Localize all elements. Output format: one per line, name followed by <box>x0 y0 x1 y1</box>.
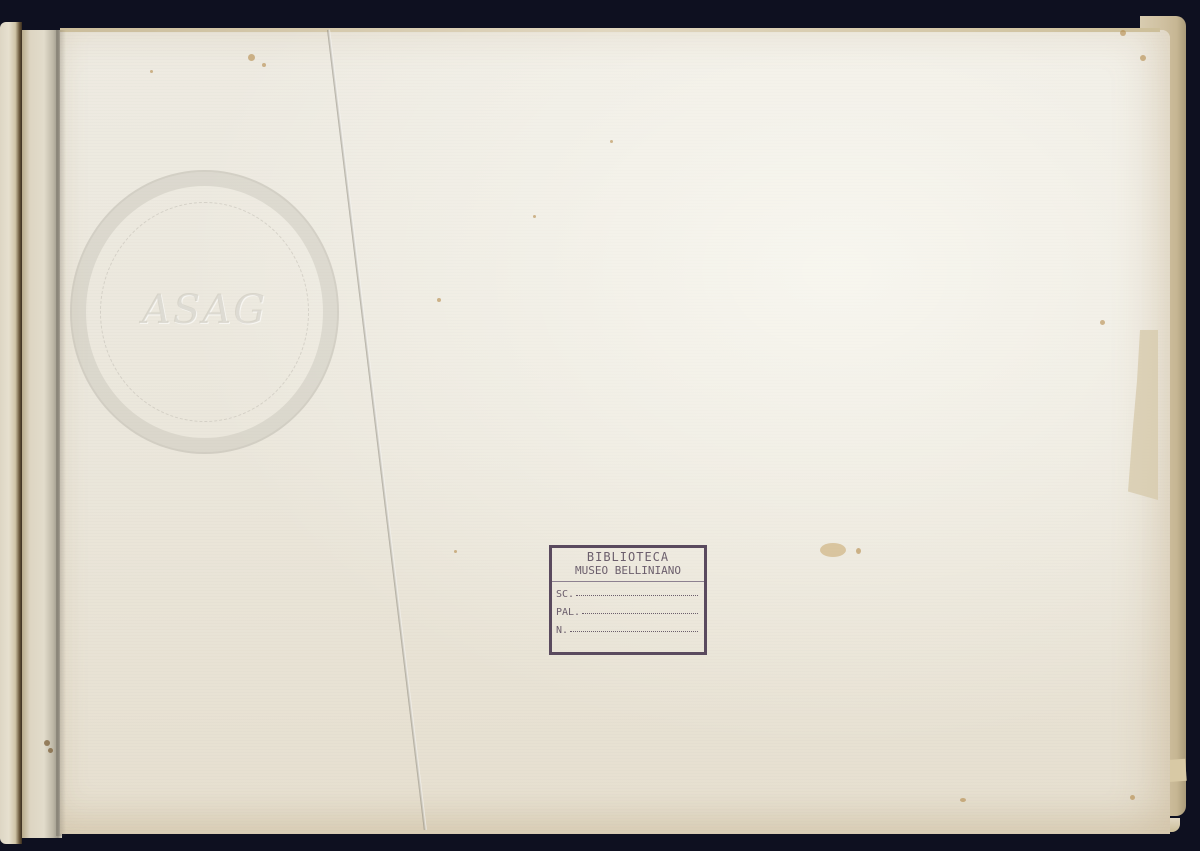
previous-leaf-edge <box>0 22 22 844</box>
blind-seal: ASAG <box>70 170 339 454</box>
stamp-field-n: N. <box>552 618 704 636</box>
foxing-spot <box>960 798 966 802</box>
foxing-spot <box>48 748 53 753</box>
foxing-spot <box>437 298 441 302</box>
foxing-spot <box>454 550 457 553</box>
stamp-field-line <box>570 631 698 632</box>
foxing-spot <box>150 70 153 73</box>
stamp-field-line <box>582 613 698 614</box>
stamp-subtitle: MUSEO BELLINIANO <box>552 564 704 582</box>
foxing-spot <box>533 215 536 218</box>
stamp-field-label: SC. <box>556 589 574 600</box>
stamp-field-pal: PAL. <box>552 600 704 618</box>
library-stamp: BIBLIOTECA MUSEO BELLINIANO SC. PAL. N. <box>549 545 707 655</box>
foxing-spot <box>1120 30 1126 36</box>
foxing-spot <box>820 543 846 557</box>
seal-text: ASAG <box>72 287 337 333</box>
foxing-spot <box>1100 320 1105 325</box>
stamp-field-line <box>576 595 698 596</box>
stamp-title: BIBLIOTECA <box>552 550 704 564</box>
page-top-edge <box>60 28 1160 32</box>
stamp-field-sc: SC. <box>552 582 704 600</box>
stamp-field-label: N. <box>556 625 568 636</box>
foxing-spot <box>856 548 861 554</box>
foxing-spot <box>248 54 255 61</box>
foxing-spot <box>44 740 50 746</box>
stamp-field-label: PAL. <box>556 607 580 618</box>
scanned-page: ASAG BIBLIOTECA MUSEO BELLINIANO SC. PAL… <box>0 0 1200 851</box>
foxing-spot <box>1130 795 1135 800</box>
foxing-spot <box>610 140 613 143</box>
gutter-shadow <box>56 30 66 836</box>
foxing-spot <box>262 63 266 67</box>
foxing-spot <box>1140 55 1146 61</box>
